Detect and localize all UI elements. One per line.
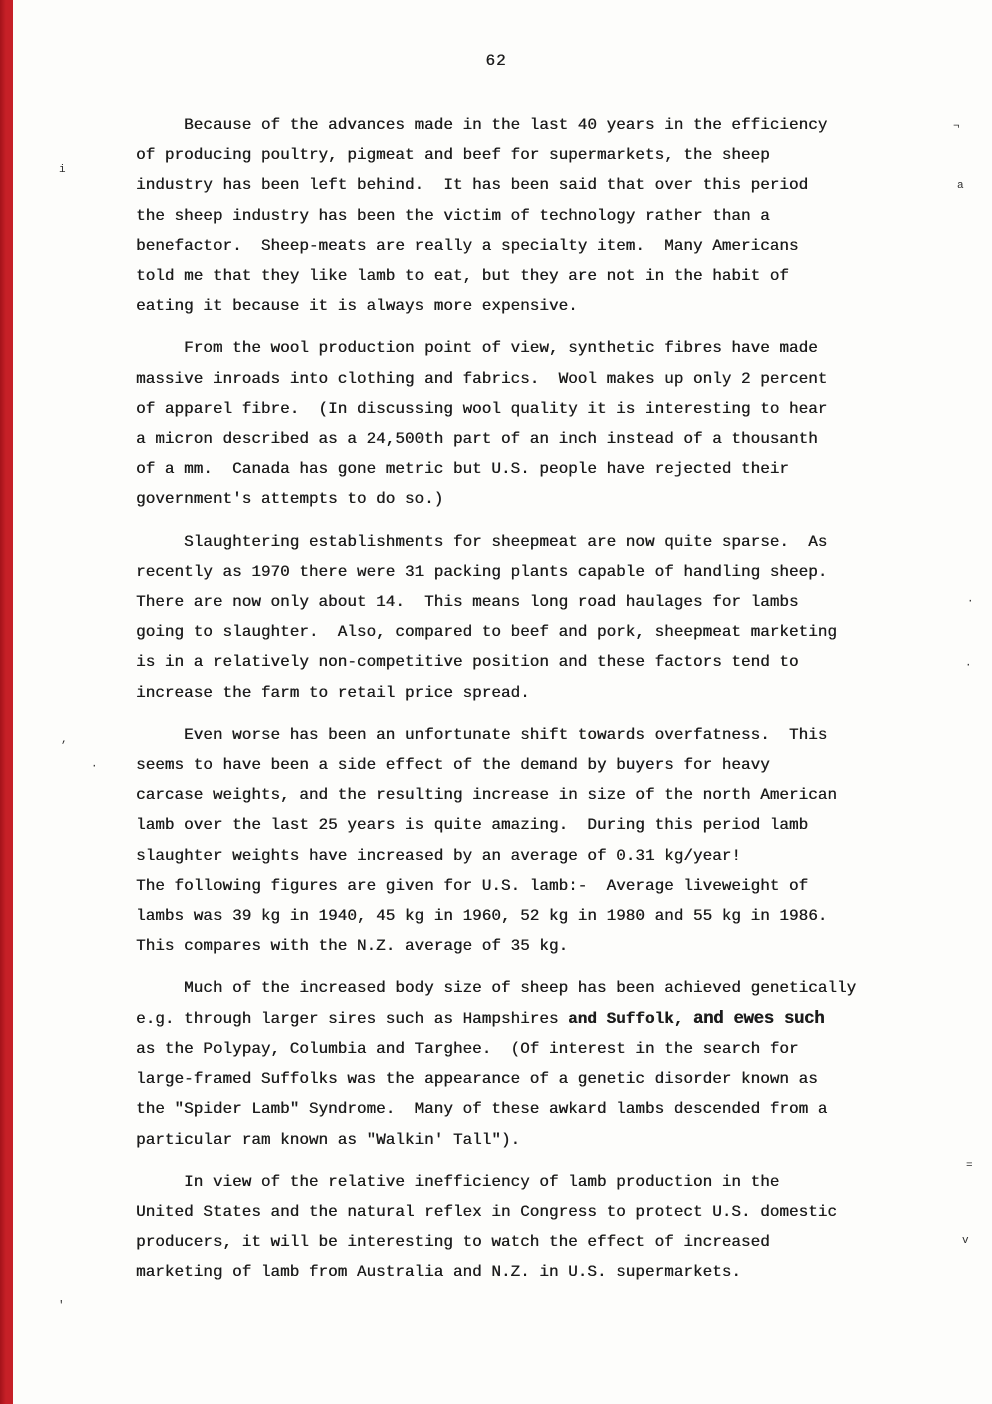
- scan-edge-strip: [0, 0, 13, 1404]
- text-line: massive inroads into clothing and fabric…: [136, 364, 856, 394]
- text-line: large-framed Suffolks was the appearance…: [136, 1064, 856, 1094]
- text-line: Slaughtering establishments for sheepmea…: [136, 527, 856, 557]
- paragraph: Slaughtering establishments for sheepmea…: [136, 527, 856, 708]
- scan-artifact: ·: [91, 762, 98, 773]
- paragraph: Even worse has been an unfortunate shift…: [136, 720, 856, 962]
- scan-artifact: =: [966, 1161, 973, 1172]
- text-line: producers, it will be interesting to wat…: [136, 1227, 856, 1257]
- page-number: 62: [0, 52, 992, 70]
- text-line: There are now only about 14. This means …: [136, 587, 856, 617]
- text-line: Much of the increased body size of sheep…: [136, 973, 856, 1003]
- text-line: of apparel fibre. (In discussing wool qu…: [136, 394, 856, 424]
- text-line: recently as 1970 there were 31 packing p…: [136, 557, 856, 587]
- text-line: The following figures are given for U.S.…: [136, 871, 856, 901]
- paragraph: In view of the relative inefficiency of …: [136, 1167, 856, 1288]
- document-body: Because of the advances made in the last…: [136, 110, 856, 1300]
- scan-artifact: ·: [965, 661, 972, 672]
- text-line: industry has been left behind. It has be…: [136, 170, 856, 200]
- emphasized-text: and ewes such: [693, 1009, 824, 1029]
- text-line: eating it because it is always more expe…: [136, 291, 856, 321]
- text-line: is in a relatively non-competitive posit…: [136, 647, 856, 677]
- scan-artifact: ': [58, 1301, 65, 1312]
- paragraph: Much of the increased body size of sheep…: [136, 973, 856, 1154]
- text-line: From the wool production point of view, …: [136, 333, 856, 363]
- text-line: told me that they like lamb to eat, but …: [136, 261, 856, 291]
- text-line: Even worse has been an unfortunate shift…: [136, 720, 856, 750]
- text-line: In view of the relative inefficiency of …: [136, 1167, 856, 1197]
- scan-artifact: i: [59, 165, 66, 176]
- scan-artifact: ¬: [953, 122, 960, 133]
- text-line: of a mm. Canada has gone metric but U.S.…: [136, 454, 856, 484]
- text-line: a micron described as a 24,500th part of…: [136, 424, 856, 454]
- text-line: as the Polypay, Columbia and Targhee. (O…: [136, 1034, 856, 1064]
- text-line: United States and the natural reflex in …: [136, 1197, 856, 1227]
- text-line: slaughter weights have increased by an a…: [136, 841, 856, 871]
- text-line: government's attempts to do so.): [136, 484, 856, 514]
- text-line: seems to have been a side effect of the …: [136, 750, 856, 780]
- text-line: going to slaughter. Also, compared to be…: [136, 617, 856, 647]
- text-line: Because of the advances made in the last…: [136, 110, 856, 140]
- scan-artifact: ·: [967, 597, 974, 608]
- emphasized-text: and Suffolk,: [568, 1010, 693, 1028]
- scan-artifact: v: [962, 1236, 969, 1247]
- text-segment: e.g. through larger sires such as Hampsh…: [136, 1010, 568, 1028]
- document-page: 62 Because of the advances made in the l…: [0, 0, 992, 1404]
- text-line: of producing poultry, pigmeat and beef f…: [136, 140, 856, 170]
- text-line: carcase weights, and the resulting incre…: [136, 780, 856, 810]
- text-line: lambs was 39 kg in 1940, 45 kg in 1960, …: [136, 901, 856, 931]
- text-line: lamb over the last 25 years is quite ama…: [136, 810, 856, 840]
- text-line: particular ram known as "Walkin' Tall").: [136, 1125, 856, 1155]
- text-line: increase the farm to retail price spread…: [136, 678, 856, 708]
- text-line: the sheep industry has been the victim o…: [136, 201, 856, 231]
- text-line: This compares with the N.Z. average of 3…: [136, 931, 856, 961]
- text-line: benefactor. Sheep-meats are really a spe…: [136, 231, 856, 261]
- scan-artifact: a: [957, 181, 964, 192]
- scan-artifact: ,: [61, 735, 68, 746]
- paragraph: From the wool production point of view, …: [136, 333, 856, 514]
- text-line: e.g. through larger sires such as Hampsh…: [136, 1004, 856, 1034]
- paragraph: Because of the advances made in the last…: [136, 110, 856, 321]
- text-line: the "Spider Lamb" Syndrome. Many of thes…: [136, 1094, 856, 1124]
- text-line: marketing of lamb from Australia and N.Z…: [136, 1257, 856, 1287]
